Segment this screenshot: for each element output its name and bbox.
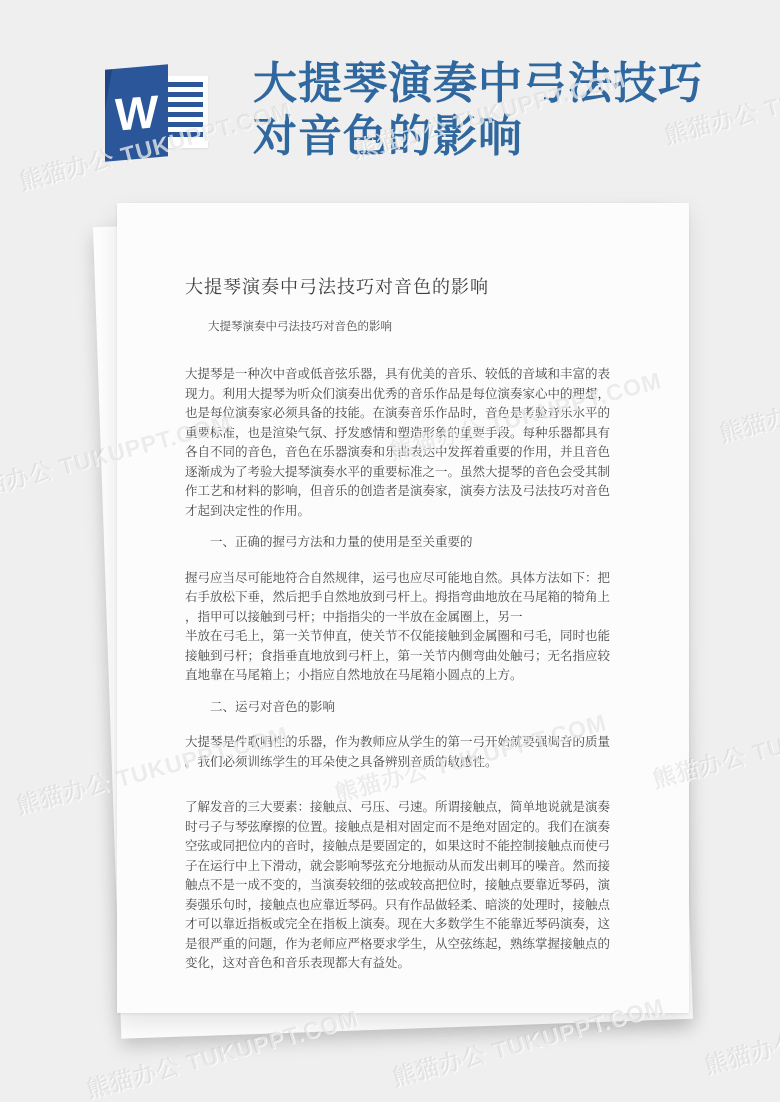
- paragraph-2: 握弓应当尽可能地符合自然规律，运弓也应尽可能地自然。具体方法如下：把 右手放松下…: [185, 569, 623, 686]
- paragraph-1: 大提琴是一种次中音或低音弦乐器，具有优美的音乐、较低的音域和丰富的表 现力。利用…: [185, 365, 623, 521]
- page-background: 熊猫办公 TUKUPPT.COM 熊猫办公 TUKUPPT.COM 熊猫办公 T…: [0, 0, 780, 1102]
- watermark-text: 熊猫办公 TUKUPPT.COM: [716, 344, 780, 448]
- doc-subtitle: 大提琴演奏中弓法技巧对音色的影响: [185, 319, 623, 335]
- word-icon-text-lines: [165, 82, 203, 142]
- document-preview: 大提琴演奏中弓法技巧对音色的影响 大提琴演奏中弓法技巧对音色的影响 大提琴是一种…: [117, 203, 689, 1013]
- section-heading-2: 二、运弓对音色的影响: [185, 698, 623, 718]
- word-icon-letter: W: [115, 88, 158, 138]
- header: W 大提琴演奏中弓法技巧 对音色的影响: [0, 0, 780, 190]
- paragraph-4: 了解发音的三大要素：接触点、弓压、弓速。所谓接触点，简单地说就是演奏 时弓子与琴…: [185, 798, 623, 974]
- word-icon-flag: W: [105, 64, 168, 162]
- word-file-icon: W: [105, 63, 211, 164]
- page-title-line2: 对音色的影响: [253, 110, 703, 163]
- paragraph-3: 大提琴是件歌唱性的乐器，作为教师应从学生的第一弓开始就要强调音的质量 。我们必须…: [185, 733, 623, 772]
- watermark-text: 熊猫办公 TUKUPPT.COM: [701, 976, 780, 1080]
- page-title-line1: 大提琴演奏中弓法技巧: [253, 57, 703, 110]
- page-title: 大提琴演奏中弓法技巧 对音色的影响: [253, 57, 703, 163]
- doc-title: 大提琴演奏中弓法技巧对音色的影响: [185, 275, 623, 299]
- section-heading-1: 一、正确的握弓方法和力量的使用是至关重要的: [185, 533, 623, 553]
- document-page: 大提琴演奏中弓法技巧对音色的影响 大提琴演奏中弓法技巧对音色的影响 大提琴是一种…: [117, 203, 689, 1013]
